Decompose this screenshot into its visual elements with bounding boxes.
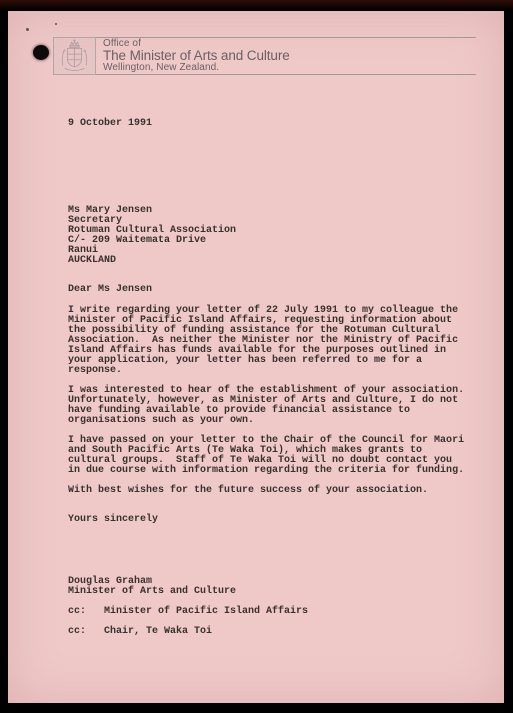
letterhead-title-line: The Minister of Arts and Culture — [103, 49, 290, 63]
cc-line-1: cc: Minister of Pacific Island Affairs — [68, 607, 308, 617]
letterhead-rule-bottom — [53, 74, 476, 75]
recipient-address: Ms Mary Jensen Secretary Rotuman Cultura… — [68, 206, 236, 266]
letter-paper: Office of The Minister of Arts and Cultu… — [8, 11, 504, 703]
hole-punch-mark — [33, 45, 49, 60]
salutation: Dear Ms Jensen — [68, 285, 152, 295]
closing-line: Yours sincerely — [68, 515, 158, 525]
letterhead-text: Office of The Minister of Arts and Cultu… — [103, 38, 290, 73]
nz-coat-of-arms-icon — [53, 37, 96, 75]
signatory-block: Douglas Graham Minister of Arts and Cult… — [68, 577, 236, 597]
paper-speck — [26, 28, 29, 31]
letterhead-location-line: Wellington, New Zealand. — [103, 63, 290, 73]
paper-speck — [55, 23, 57, 25]
letter-date: 9 October 1991 — [68, 119, 152, 129]
body-paragraph-1: I write regarding your letter of 22 July… — [68, 306, 458, 376]
scan-background: Office of The Minister of Arts and Cultu… — [0, 0, 513, 713]
body-paragraph-2: I was interested to hear of the establis… — [68, 386, 464, 426]
body-paragraph-4: With best wishes for the future success … — [68, 486, 428, 496]
body-paragraph-3: I have passed on your letter to the Chai… — [68, 436, 464, 476]
cc-line-2: cc: Chair, Te Waka Toi — [68, 627, 212, 637]
